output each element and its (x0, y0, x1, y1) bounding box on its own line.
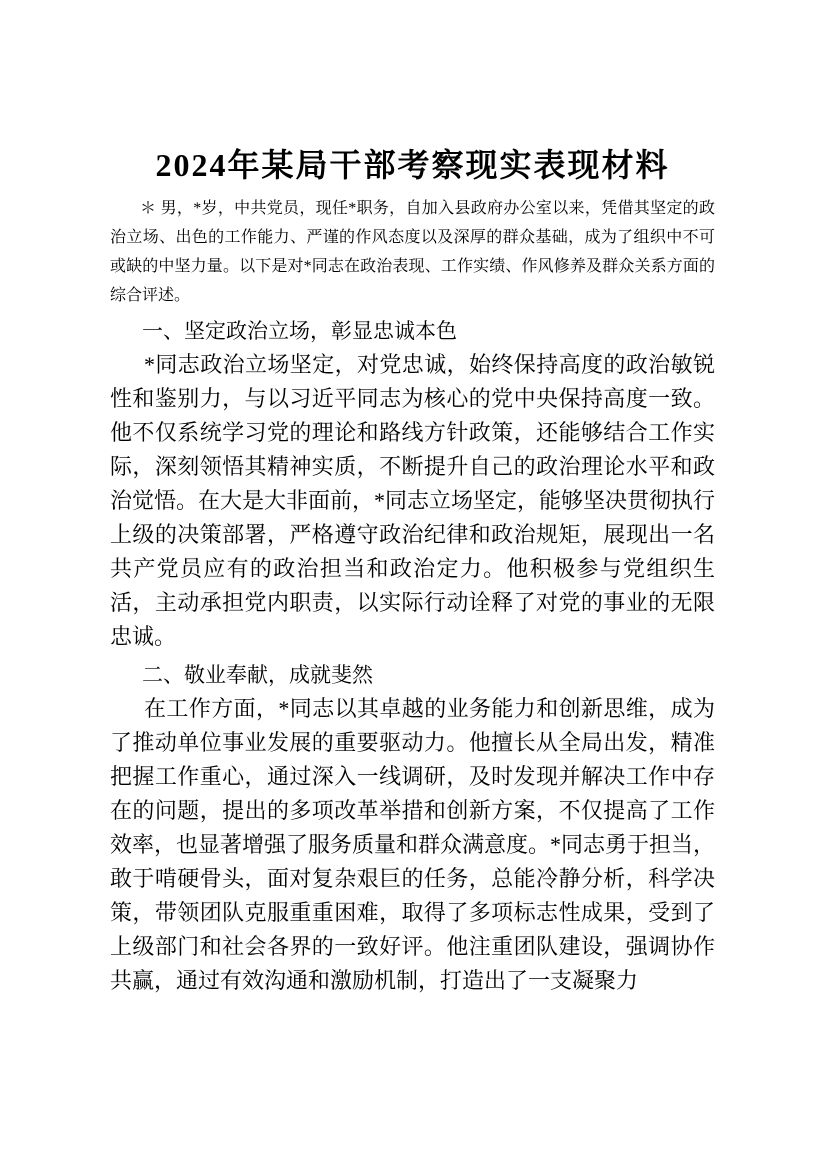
document-title: 2024年某局干部考察现实表现材料 (110, 142, 715, 188)
section-2-body: 在工作方面，*同志以其卓越的业务能力和创新思维，成为了推动单位事业发展的重要驱动… (110, 692, 715, 998)
section-1-body: *同志政治立场坚定，对党忠诚，始终保持高度的政治敏锐性和鉴别力，与以习近平同志为… (110, 348, 715, 654)
intro-paragraph: ＊ 男，*岁，中共党员，现任*职务，自加入县政府办公室以来，凭借其坚定的政治立场… (110, 194, 715, 310)
section-2-heading: 二、敬业奉献，成就斐然 (110, 658, 715, 692)
document-page: 2024年某局干部考察现实表现材料 ＊ 男，*岁，中共党员，现任*职务，自加入县… (0, 0, 826, 1165)
section-1-heading: 一、坚定政治立场，彰显忠诚本色 (110, 314, 715, 348)
